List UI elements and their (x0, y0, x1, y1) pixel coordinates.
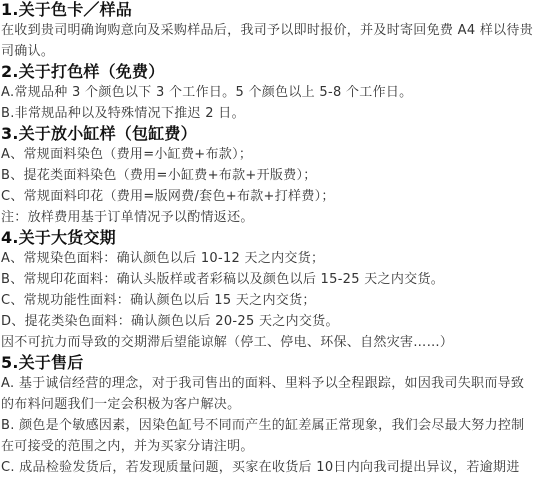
section-heading: 2.关于打色样（免费） (1, 62, 556, 82)
paragraph-line: C、常规功能性面料：确认颜色以后 15 天之内交货； (1, 290, 556, 311)
paragraph-line: 在收到贵司明确询购意向及采购样品后，我司予以即时报价，并及时寄回免费 A4 样以… (1, 20, 556, 41)
paragraph-line: 注：放样费用基于订单情况予以酌情返还。 (1, 207, 556, 228)
terms-document: 1.关于色卡／样品 在收到贵司明确询购意向及采购样品后，我司予以即时报价，并及时… (0, 0, 556, 477)
section-small-vat-sample: 3.关于放小缸样（包缸费） A、常规面料染色（费用=小缸费+布款）； B、提花类… (1, 124, 556, 228)
paragraph-line: A. 基于诚信经营的理念，对于我司售出的面料、里料予以全程跟踪，如因我司失职而导… (1, 373, 556, 394)
section-heading: 4.关于大货交期 (1, 228, 556, 248)
paragraph-line: A、常规染色面料：确认颜色以后 10-12 天之内交货； (1, 248, 556, 269)
section-bulk-delivery: 4.关于大货交期 A、常规染色面料：确认颜色以后 10-12 天之内交货； B、… (1, 228, 556, 353)
section-heading: 1.关于色卡／样品 (1, 0, 556, 20)
paragraph-line: A、常规面料染色（费用=小缸费+布款）； (1, 144, 556, 165)
paragraph-line: D、提花类染色面料：确认颜色以后 20-25 天之内交货。 (1, 311, 556, 332)
section-lab-dip: 2.关于打色样（免费） A.常规品种 3 个颜色以下 3 个工作日。5 个颜色以… (1, 62, 556, 124)
paragraph-line: C、常规面料印花（费用=版网费/套色+布款+打样费）； (1, 186, 556, 207)
section-color-card: 1.关于色卡／样品 在收到贵司明确询购意向及采购样品后，我司予以即时报价，并及时… (1, 0, 556, 62)
section-heading: 5.关于售后 (1, 353, 556, 373)
paragraph-line: B. 颜色是个敏感因素，因染色缸号不同而产生的缸差属正常现象，我们会尽最大努力控… (1, 415, 556, 436)
paragraph-line: B、常规印花面料：确认头版样或者彩稿以及颜色以后 15-25 天之内交货。 (1, 269, 556, 290)
paragraph-line: 的布料问题我们一定会积极为客户解决。 (1, 394, 556, 415)
paragraph-line: B、提花类面料染色（费用=小缸费+布款+开版费）； (1, 165, 556, 186)
section-heading: 3.关于放小缸样（包缸费） (1, 124, 556, 144)
paragraph-line: 因不可抗力而导致的交期滞后望能谅解（停工、停电、环保、自然灾害……） (1, 332, 556, 353)
section-after-sales: 5.关于售后 A. 基于诚信经营的理念，对于我司售出的面料、里料予以全程跟踪，如… (1, 353, 556, 477)
paragraph-line: C. 成品检验发货后，若发现质量问题，买家在收货后 10日内向我司提出异议，若逾… (1, 457, 556, 477)
paragraph-line: B.非常规品种以及特殊情况下推迟 2 日。 (1, 103, 556, 124)
paragraph-line: 司确认。 (1, 41, 556, 62)
paragraph-line: A.常规品种 3 个颜色以下 3 个工作日。5 个颜色以上 5-8 个工作日。 (1, 82, 556, 103)
paragraph-line: 在可接受的范围之内，并为买家分请注明。 (1, 436, 556, 457)
